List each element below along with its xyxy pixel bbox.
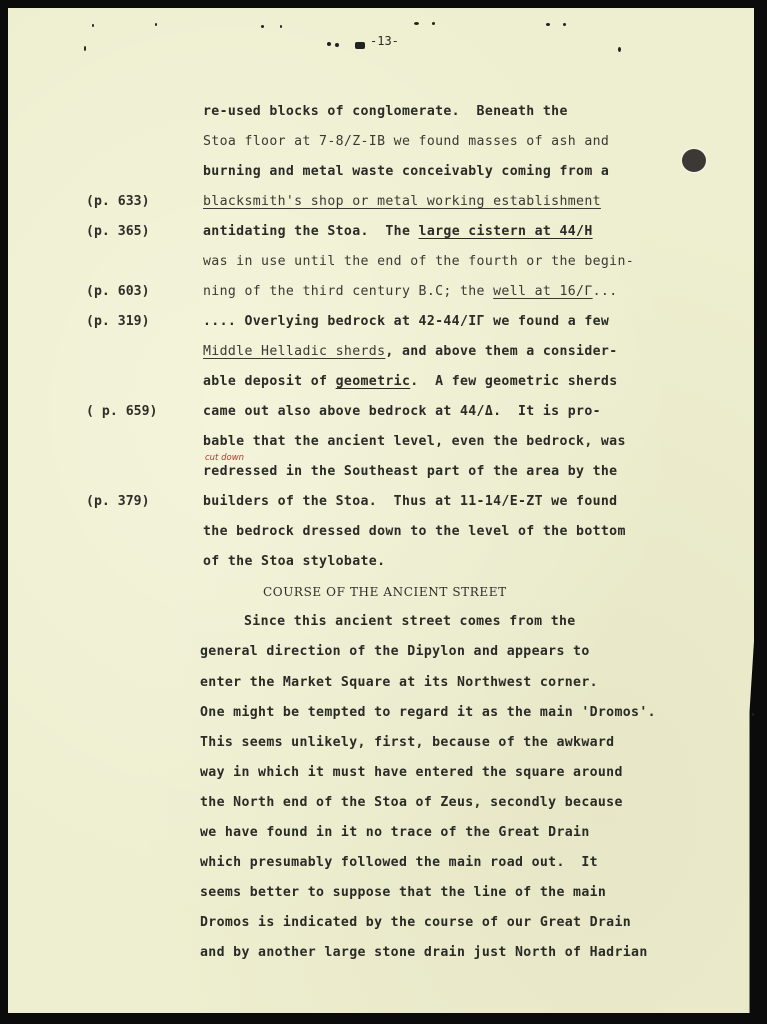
- ink-speck: [752, 713, 754, 716]
- ink-speck: [414, 22, 419, 25]
- text-line: we have found in it no trace of the Grea…: [200, 825, 590, 841]
- ink-speck: [546, 23, 550, 26]
- text-line: burning and metal waste conceivably comi…: [203, 164, 609, 180]
- ink-speck: [432, 22, 435, 25]
- text-line: This seems unlikely, first, because of t…: [200, 735, 614, 751]
- margin-reference: ( p. 659): [86, 404, 157, 420]
- text-line: able deposit of geometric. A few geometr…: [203, 374, 618, 390]
- text-line: enter the Market Square at its Northwest…: [200, 675, 598, 691]
- text-line: ning of the third century B.C; the well …: [203, 284, 618, 300]
- text-line: the North end of the Stoa of Zeus, secon…: [200, 795, 623, 811]
- text-segment: ning of the third century B.C; the: [203, 284, 493, 299]
- text-segment: ...: [593, 284, 618, 299]
- text-line: re-used blocks of conglomerate. Beneath …: [203, 104, 568, 120]
- underlined-phrase: geometric: [336, 374, 411, 389]
- text-segment: able deposit of: [203, 374, 336, 389]
- text-line: way in which it must have entered the sq…: [200, 765, 623, 781]
- margin-reference: (p. 379): [86, 494, 150, 510]
- section-heading: COURSE OF THE ANCIENT STREET: [263, 585, 507, 599]
- text-line: One might be tempted to regard it as the…: [200, 705, 656, 721]
- text-line: Since this ancient street comes from the: [244, 614, 576, 630]
- text-segment: . A few geometric sherds: [410, 374, 617, 389]
- underlined-phrase: well at 16/Γ: [493, 284, 592, 299]
- margin-reference: (p. 633): [86, 194, 150, 210]
- text-line: was in use until the end of the fourth o…: [203, 254, 634, 270]
- handwritten-annotation: cut down: [205, 453, 244, 463]
- text-line: antidating the Stoa. The large cistern a…: [203, 224, 593, 240]
- text-line: the bedrock dressed down to the level of…: [203, 524, 626, 540]
- text-line-underlined: blacksmith's shop or metal working estab…: [203, 194, 601, 210]
- ink-blot: [355, 42, 365, 49]
- ink-speck: [155, 23, 157, 26]
- ink-speck: [261, 25, 264, 28]
- text-line: Dromos is indicated by the course of our…: [200, 915, 631, 931]
- ink-speck: [335, 43, 339, 47]
- margin-reference: (p. 603): [86, 284, 150, 300]
- text-line: .... Overlying bedrock at 42-44/IΓ we fo…: [203, 314, 609, 330]
- ink-speck: [280, 25, 282, 28]
- text-line: bable that the ancient level, even the b…: [203, 434, 626, 450]
- text-line: and by another large stone drain just No…: [200, 945, 648, 961]
- text-line: of the Stoa stylobate.: [203, 554, 385, 570]
- text-line: came out also above bedrock at 44/Δ. It …: [203, 404, 601, 420]
- text-line: Stoa floor at 7-8/Z-IB we found masses o…: [203, 134, 609, 150]
- underlined-phrase: large cistern at 44/H: [419, 224, 593, 239]
- text-line: seems better to suppose that the line of…: [200, 885, 606, 901]
- ink-speck: [618, 47, 621, 52]
- text-line: general direction of the Dipylon and app…: [200, 644, 590, 660]
- text-line: which presumably followed the main road …: [200, 855, 598, 871]
- text-segment: , and above them a consider-: [385, 344, 617, 359]
- text-line: builders of the Stoa. Thus at 11-14/E-ZT…: [203, 494, 617, 510]
- margin-reference: (p. 365): [86, 224, 150, 240]
- ink-speck: [327, 42, 331, 46]
- margin-reference: (p. 319): [86, 314, 150, 330]
- ink-speck: [84, 46, 86, 51]
- punch-hole: [682, 149, 706, 172]
- page-number: -13-: [370, 34, 399, 48]
- ink-speck: [563, 23, 566, 26]
- text-line: Middle Helladic sherds, and above them a…: [203, 344, 617, 360]
- underlined-phrase: Middle Helladic sherds: [203, 344, 385, 359]
- ink-speck: [92, 24, 94, 27]
- text-line: redressed in the Southeast part of the a…: [203, 464, 617, 480]
- text-segment: antidating the Stoa. The: [203, 224, 419, 239]
